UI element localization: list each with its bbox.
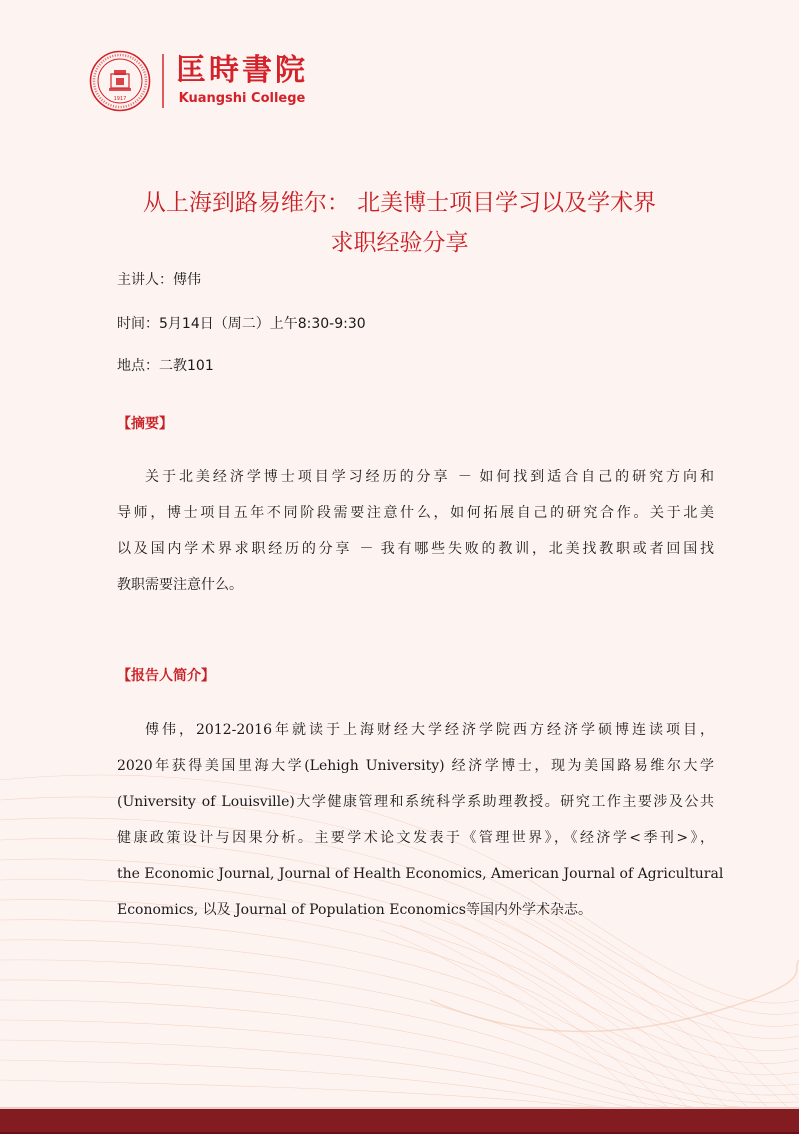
speaker-bio-heading: 【报告人简介】 (117, 666, 215, 686)
poster-title-line-2: 求职经验分享 (0, 229, 799, 257)
poster-title-line-1: 从上海到路易维尔： 北美博士项目学习以及学术界 (0, 189, 799, 217)
university-seal-icon: 1917 (89, 50, 151, 112)
abstract-line: 导师，博士项目五年不同阶段需要注意什么，如何拓展自己的研究合作。关于北美 (117, 503, 714, 539)
bio-line: Economics, 以及 Journal of Population Econ… (117, 900, 714, 936)
abstract-line: 教职需要注意什么。 (117, 575, 714, 611)
speaker-bio-paragraph: 傅伟，2012-2016年就读于上海财经大学经济学院西方经济学硕博连读项目， 2… (117, 720, 714, 936)
abstract-heading: 【摘要】 (117, 414, 173, 434)
college-logo: 1917 匡時書院 Kuangshi College (89, 50, 308, 112)
time-info: 时间：5月14日（周二）上午8:30-9:30 (117, 314, 366, 334)
bio-line: 健康政策设计与因果分析。主要学术论文发表于《管理世界》，《经济学<季刊>》， (117, 828, 714, 864)
location-info: 地点：二教101 (117, 356, 214, 376)
logo-divider (162, 54, 164, 108)
abstract-paragraph: 关于北美经济学博士项目学习经历的分享 － 如何找到适合自己的研究方向和 导师，博… (117, 467, 714, 611)
speaker-info: 主讲人：傅伟 (117, 270, 201, 290)
event-poster-page: 1917 匡時書院 Kuangshi College 从上海到路易维尔： 北美博… (0, 0, 799, 1134)
bio-line: 2020年获得美国里海大学(Lehigh University) 经济学博士，现… (117, 756, 714, 792)
bio-line: the Economic Journal, Journal of Health … (117, 864, 714, 900)
bio-line: (University of Louisville)大学健康管理和系统科学系助理… (117, 792, 714, 828)
logo-chinese-name: 匡時書院 (176, 54, 308, 88)
abstract-line: 以及国内学术界求职经历的分享 － 我有哪些失败的教训，北美找教职或者回国找 (117, 539, 714, 575)
logo-english-name: Kuangshi College (179, 90, 306, 108)
logo-text: 匡時書院 Kuangshi College (176, 54, 308, 108)
svg-text:1917: 1917 (114, 96, 127, 102)
abstract-line: 关于北美经济学博士项目学习经历的分享 － 如何找到适合自己的研究方向和 (117, 467, 714, 503)
bio-line: 傅伟，2012-2016年就读于上海财经大学经济学院西方经济学硕博连读项目， (117, 720, 714, 756)
footer-color-bar (0, 1109, 799, 1134)
